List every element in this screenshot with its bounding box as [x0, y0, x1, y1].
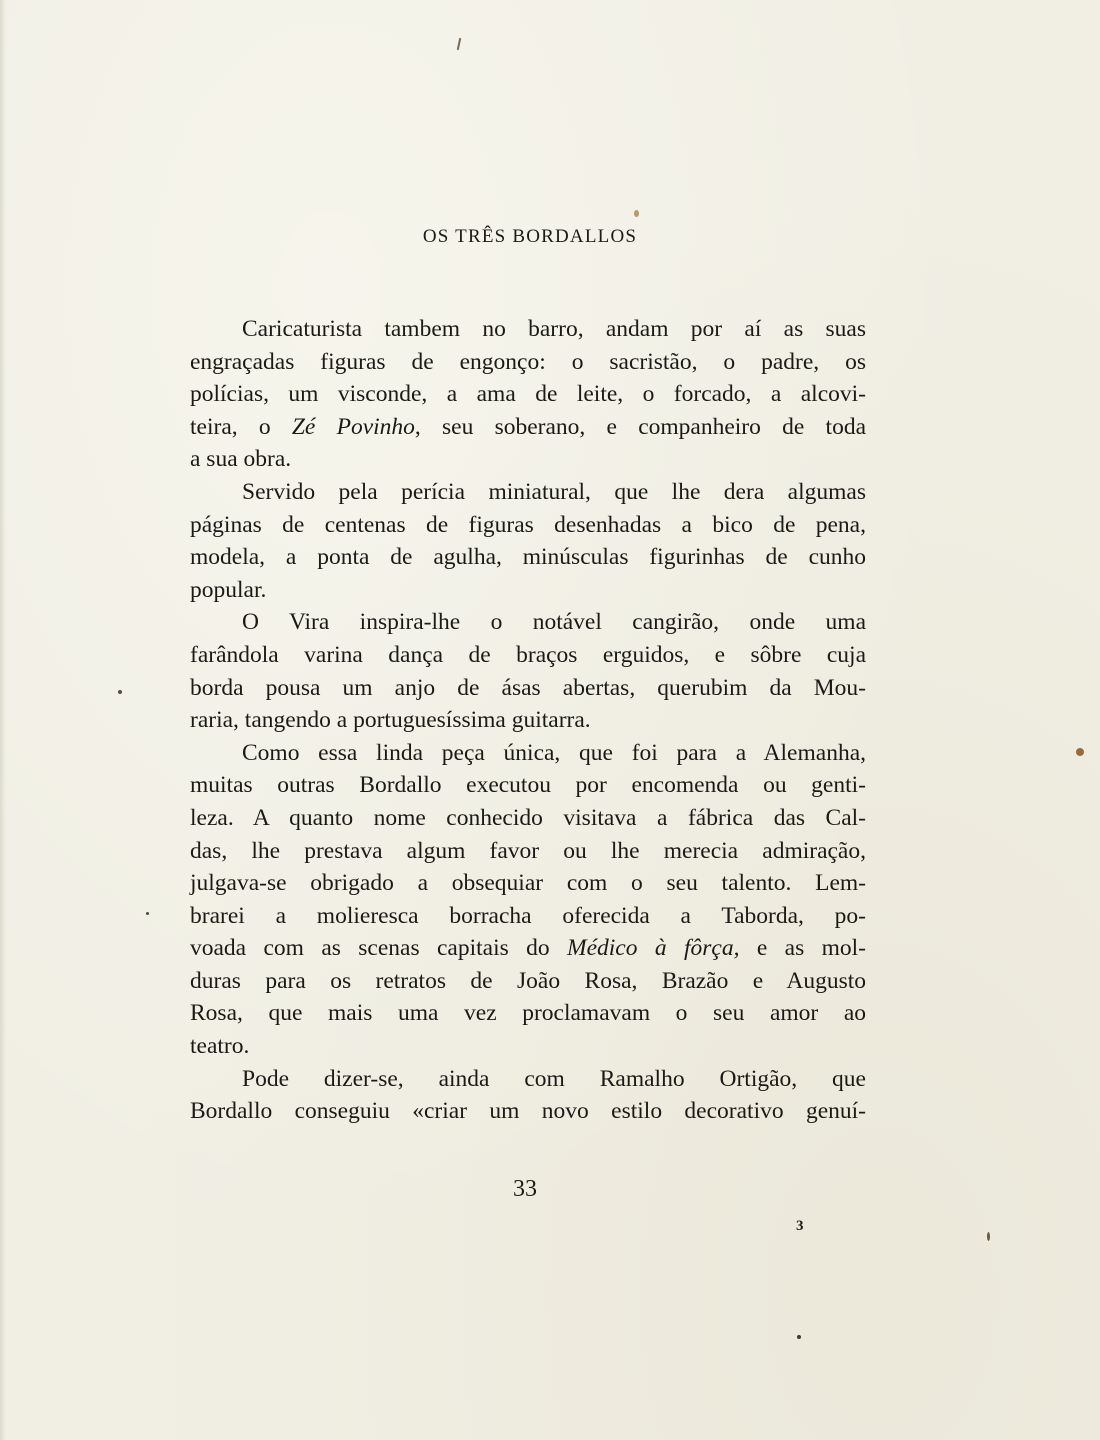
paper-speck [1076, 748, 1084, 756]
paragraph: Servido pela perícia miniatural, que lhe… [190, 476, 866, 606]
text-line: leza. A quanto nome conhecido visitava a… [190, 802, 866, 835]
text-line: raria, tangendo a portuguesíssima guitar… [190, 704, 866, 737]
running-head: OS TRÊS BORDALLOS [0, 226, 1060, 248]
text-line: Caricaturista tambem no barro, andam por… [190, 313, 866, 346]
text-line: julgava-se obrigado a obsequiar com o se… [190, 867, 866, 900]
paragraph: Como essa linda peça única, que foi para… [190, 737, 866, 1063]
page-edge-shadow [0, 0, 6, 1440]
text-line: Servido pela perícia miniatural, que lhe… [190, 476, 866, 509]
text-line: polícias, um visconde, a ama de leite, o… [190, 378, 866, 411]
text-line: das, lhe prestava algum favor ou lhe mer… [190, 835, 866, 868]
text-line: Rosa, que mais uma vez proclamavam o seu… [190, 997, 866, 1030]
italic-title: Zé Povinho [292, 414, 415, 440]
paragraph: Caricaturista tambem no barro, andam por… [190, 313, 866, 476]
text-line: Como essa linda peça única, que foi para… [190, 737, 866, 770]
text-line: Pode dizer-se, ainda com Ramalho Ortigão… [190, 1063, 866, 1096]
text-line: teira, o Zé Povinho, seu soberano, e com… [190, 411, 866, 444]
signature-mark: 3 [796, 1218, 804, 1235]
text-line: O Vira inspira-lhe o notável cangirão, o… [190, 606, 866, 639]
text-line: muitas outras Bordallo executou por enco… [190, 769, 866, 802]
paper-speck [118, 690, 122, 694]
paper-scratch [457, 38, 461, 50]
text-line: a sua obra. [190, 443, 866, 476]
paper-speck [987, 1232, 990, 1241]
text-line: modela, a ponta de agulha, minúsculas fi… [190, 541, 866, 574]
text-line: Bordallo conseguiu «criar um novo estilo… [190, 1095, 866, 1128]
paragraph: Pode dizer-se, ainda com Ramalho Ortigão… [190, 1063, 866, 1128]
paper-speck [797, 1335, 801, 1339]
text-line: páginas de centenas de figuras desenhada… [190, 509, 866, 542]
text-line: duras para os retratos de João Rosa, Bra… [190, 965, 866, 998]
italic-title: Médico à fôrça, [567, 935, 739, 961]
paper-speck [146, 912, 149, 915]
paragraph: O Vira inspira-lhe o notável cangirão, o… [190, 606, 866, 736]
book-page: OS TRÊS BORDALLOS Caricaturista tambem n… [0, 0, 1100, 1440]
text-line: teatro. [190, 1030, 866, 1063]
text-line: borda pousa um anjo de ásas abertas, que… [190, 672, 866, 705]
text-line: popular. [190, 574, 866, 607]
text-line: voada com as scenas capitais do Médico à… [190, 932, 866, 965]
text-line: engraçadas figuras de engonço: o sacrist… [190, 346, 866, 379]
page-number: 33 [0, 1176, 1050, 1203]
text-line: farândola varina dança de braços erguido… [190, 639, 866, 672]
body-text: Caricaturista tambem no barro, andam por… [190, 313, 866, 1128]
paper-speck [634, 210, 639, 217]
text-line: brarei a molieresca borracha oferecida a… [190, 900, 866, 933]
